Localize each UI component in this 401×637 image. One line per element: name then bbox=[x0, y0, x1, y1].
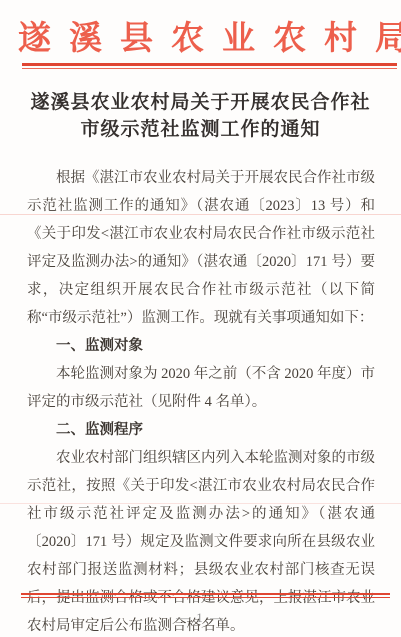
document-title-line1: 遂溪县农业农村局关于开展农民合作社 bbox=[0, 89, 401, 116]
document-page: 遂溪县农业农村局 遂溪县农业农村局关于开展农民合作社 市级示范社监测工作的通知 … bbox=[0, 0, 401, 637]
section-heading-monitoring-procedure: 二、监测程序 bbox=[27, 416, 375, 444]
letterhead-agency-title: 遂溪县农业农村局 bbox=[0, 12, 401, 59]
paragraph-intro: 根据《湛江市农业农村局关于开展农民合作社市级示范社监测工作的通知》（湛农通〔20… bbox=[27, 164, 375, 332]
page-number: — 1 — bbox=[0, 610, 401, 626]
section-heading-monitoring-targets: 一、监测对象 bbox=[27, 332, 375, 360]
paragraph-monitoring-procedure: 农业农村部门组织辖区内列入本轮监测对象的市级示范社，按照《关于印发<湛江市农业农… bbox=[27, 444, 375, 637]
document-title-line2: 市级示范社监测工作的通知 bbox=[0, 116, 401, 143]
letterhead-rule bbox=[22, 63, 397, 69]
footer-rule bbox=[21, 593, 390, 598]
paragraph-monitoring-targets: 本轮监测对象为 2020 年之前（不含 2020 年度）市评定的市级示范社（见附… bbox=[27, 360, 375, 416]
document-body: 根据《湛江市农业农村局关于开展农民合作社市级示范社监测工作的通知》（湛农通〔20… bbox=[27, 164, 375, 637]
document-title: 遂溪县农业农村局关于开展农民合作社 市级示范社监测工作的通知 bbox=[0, 89, 401, 143]
